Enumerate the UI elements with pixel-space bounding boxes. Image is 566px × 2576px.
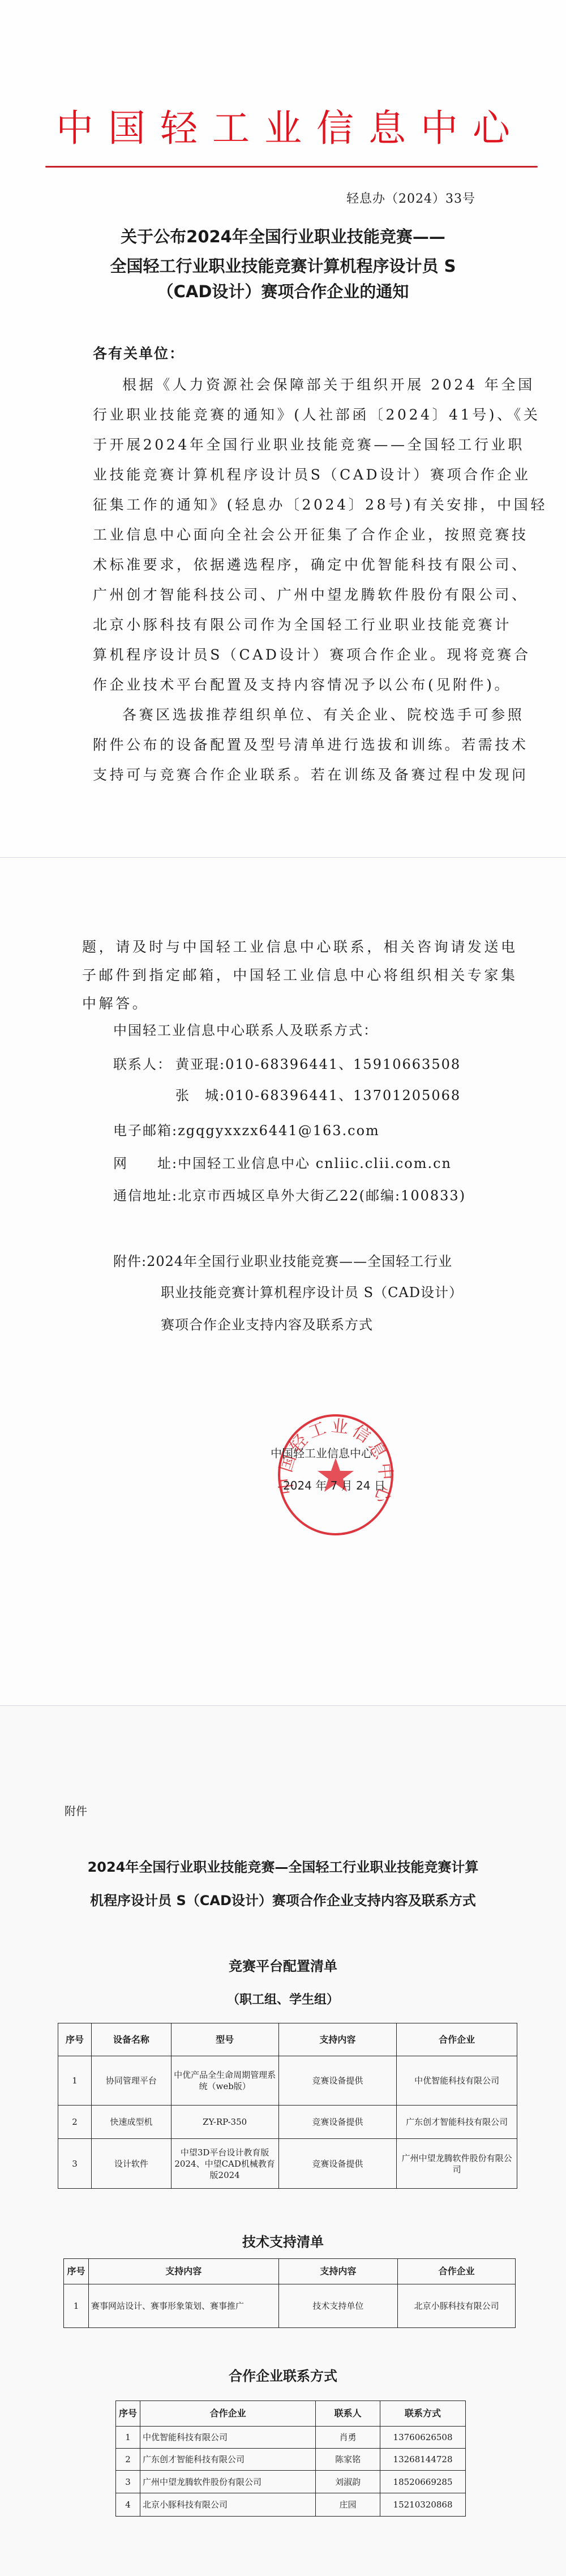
body-line: 算机程序设计员S（CAD设计）赛项合作企业。现将竞赛合	[93, 645, 531, 665]
platform-config-table: 序号 设备名称 型号 支持内容 合作企业 1 协同管理平台 中优产品全生命周期管…	[58, 2023, 517, 2189]
cell-company: 广东创才智能科技有限公司	[397, 2106, 517, 2139]
cell-support-content: 赛事网站设计、赛事形象策划、赛事推广	[88, 2284, 278, 2328]
cell-support-role: 技术支持单位	[278, 2284, 398, 2328]
contact-address: 通信地址:北京市西城区阜外大街乙22(邮编:100833)	[113, 1186, 466, 1205]
col-header: 联系方式	[380, 2401, 466, 2427]
body-line: 术标准要求，依据遴选程序，确定中优智能科技有限公司、	[93, 555, 529, 575]
cell-support: 竞赛设备提供	[278, 2106, 397, 2139]
page-divider	[0, 857, 566, 858]
cell-model: 中优产品全生命周期管理系统（web版）	[171, 2056, 278, 2106]
cell-index: 1	[116, 2427, 140, 2449]
cell-company: 广州中望龙腾软件股份有限公司	[140, 2471, 315, 2493]
letterhead-org-name: 中国轻工业信息中心	[0, 109, 566, 148]
contact-person-2: 张 城:010-68396441、13701205068	[175, 1086, 461, 1105]
cell-phone: 18520669285	[380, 2471, 466, 2493]
cell-model: ZY-RP-350	[171, 2106, 278, 2139]
notice-title-line-3: （CAD设计）赛项合作企业的通知	[0, 282, 566, 301]
col-header: 合作企业	[397, 2023, 517, 2056]
table-row: 3 广州中望龙腾软件股份有限公司 刘淑韵 18520669285	[116, 2471, 466, 2493]
company-contact-table: 序号 合作企业 联系人 联系方式 1 中优智能科技有限公司 肖勇 1376062…	[115, 2400, 466, 2517]
body-line: 根据《人力资源社会保障部关于组织开展 2024 年全国	[122, 375, 535, 395]
body-line: 广州创才智能科技公司、广州中望龙腾软件股份有限公司、	[93, 585, 529, 605]
body-line: 中解答。	[82, 994, 149, 1013]
col-header: 支持内容	[278, 2259, 398, 2284]
cell-index: 2	[58, 2106, 92, 2139]
attachment-note-line: 职业技能竞赛计算机程序设计员 S（CAD设计）	[161, 1283, 463, 1302]
col-header: 序号	[64, 2259, 89, 2284]
cell-contact-person: 庄园	[316, 2493, 380, 2517]
official-seal-icon: 中国轻工业信息中心	[277, 1414, 394, 1536]
body-line: 子邮件到指定邮箱，中国轻工业信息中心将组织相关专家集	[82, 966, 518, 985]
cell-phone: 13268144728	[380, 2449, 466, 2471]
table-row: 1 赛事网站设计、赛事形象策划、赛事推广 技术支持单位 北京小豚科技有限公司	[64, 2284, 516, 2328]
cell-index: 1	[58, 2056, 92, 2106]
cell-company: 北京小豚科技有限公司	[140, 2493, 315, 2517]
notice-title-line-1: 关于公布2024年全国行业职业技能竞赛——	[0, 227, 566, 246]
col-header: 型号	[171, 2023, 278, 2056]
contact-label: 联系人：	[113, 1055, 172, 1074]
table-header-row: 序号 支持内容 支持内容 合作企业	[64, 2259, 516, 2284]
table-row: 1 中优智能科技有限公司 肖勇 13760626508	[116, 2427, 466, 2449]
cell-company: 广东创才智能科技有限公司	[140, 2449, 315, 2471]
signature-date: 2024 年 7 月 24 日	[283, 1479, 385, 1492]
page-divider	[0, 1705, 566, 1706]
cell-support: 竞赛设备提供	[278, 2139, 397, 2189]
contact-website[interactable]: 网 址:中国轻工业信息中心 cnliic.clii.com.cn	[113, 1154, 452, 1173]
attachment-note-line: 附件:2024年全国行业职业技能竞赛——全国轻工行业	[113, 1252, 452, 1271]
cell-support: 竞赛设备提供	[278, 2056, 397, 2106]
attachment-note-line: 赛项合作企业支持内容及联系方式	[161, 1315, 373, 1334]
cell-contact-person: 刘淑韵	[316, 2471, 380, 2493]
cell-index: 4	[116, 2493, 140, 2517]
cell-device-name: 设计软件	[91, 2139, 171, 2189]
table-row: 2 快速成型机 ZY-RP-350 竞赛设备提供 广东创才智能科技有限公司	[58, 2106, 517, 2139]
body-line: 题，请及时与中国轻工业信息中心联系，相关咨询请发送电	[82, 938, 518, 957]
col-header: 合作企业	[140, 2401, 315, 2427]
attachment-title-line-1: 2024年全国行业职业技能竞赛—全国轻工行业职业技能竞赛计算	[0, 1859, 566, 1876]
col-header: 合作企业	[398, 2259, 516, 2284]
col-header: 序号	[58, 2023, 92, 2056]
body-line: 附件公布的设备配置及型号清单进行选拔和训练。若需技术	[93, 735, 529, 755]
tech-support-table-title: 技术支持清单	[0, 2233, 566, 2250]
table-header-row: 序号 设备名称 型号 支持内容 合作企业	[58, 2023, 517, 2056]
contact-email[interactable]: 电子邮箱:zgqgyxxzx6441@163.com	[113, 1121, 380, 1140]
body-line: 于开展2024年全国行业职业技能竞赛——全国轻工行业职	[93, 435, 525, 455]
body-line: 支持可与竞赛合作企业联系。若在训练及备赛过程中发现问	[93, 765, 529, 785]
body-line: 作企业技术平台配置及支持内容情况予以公布(见附件)。	[93, 675, 511, 695]
cell-phone: 13760626508	[380, 2427, 466, 2449]
table-header-row: 序号 合作企业 联系人 联系方式	[116, 2401, 466, 2427]
body-line: 征集工作的通知》(轻息办〔2024〕28号)有关安排，中国轻	[93, 495, 547, 515]
contact-heading: 中国轻工业信息中心联系人及联系方式：	[113, 1021, 378, 1040]
cell-company: 中优智能科技有限公司	[140, 2427, 315, 2449]
col-header: 支持内容	[88, 2259, 278, 2284]
body-line: 行业职业技能竞赛的通知》(人社部函〔2024〕41号)、《关	[93, 405, 540, 425]
cell-index: 2	[116, 2449, 140, 2471]
body-line: 各赛区选拔推荐组织单位、有关企业、院校选手可参照	[122, 705, 524, 725]
contact-table-title: 合作企业联系方式	[0, 2368, 566, 2385]
body-line: 业技能竞赛计算机程序设计员S（CAD设计）赛项合作企业	[93, 465, 531, 485]
cell-company: 广州中望龙腾软件股份有限公司	[397, 2139, 517, 2189]
notice-title-line-2: 全国轻工行业职业技能竞赛计算机程序设计员 S	[0, 256, 566, 276]
cell-index: 1	[64, 2284, 89, 2328]
signature-org: 中国轻工业信息中心	[271, 1447, 372, 1460]
cell-device-name: 协同管理平台	[91, 2056, 171, 2106]
table-row: 4 北京小豚科技有限公司 庄园 15210320868	[116, 2493, 466, 2517]
salutation: 各有关单位：	[93, 344, 185, 363]
platform-table-subtitle: （职工组、学生组）	[0, 1992, 566, 2008]
cell-index: 3	[58, 2139, 92, 2189]
table-row: 2 广东创才智能科技有限公司 陈家铭 13268144728	[116, 2449, 466, 2471]
cell-company: 中优智能科技有限公司	[397, 2056, 517, 2106]
cell-device-name: 快速成型机	[91, 2106, 171, 2139]
attachment-label: 附件	[65, 1802, 87, 1818]
body-line: 北京小豚科技有限公司作为全国轻工行业职业技能竞赛计	[93, 615, 512, 635]
table-row: 1 协同管理平台 中优产品全生命周期管理系统（web版） 竞赛设备提供 中优智能…	[58, 2056, 517, 2106]
body-line: 工业信息中心面向全社会公开征集了合作企业，按照竞赛技	[93, 525, 529, 545]
col-header: 联系人	[316, 2401, 380, 2427]
attachment-title-line-2: 机程序设计员 S（CAD设计）赛项合作企业支持内容及联系方式	[0, 1892, 566, 1909]
contact-person-1: 黄亚琨:010-68396441、15910663508	[175, 1055, 461, 1074]
table-row: 3 设计软件 中望3D平台设计教育版2024、中望CAD机械教育版2024 竞赛…	[58, 2139, 517, 2189]
cell-contact-person: 肖勇	[316, 2427, 380, 2449]
cell-model: 中望3D平台设计教育版2024、中望CAD机械教育版2024	[171, 2139, 278, 2189]
cell-phone: 15210320868	[380, 2493, 466, 2517]
document-number: 轻息办（2024）33号	[346, 189, 475, 207]
tech-support-table: 序号 支持内容 支持内容 合作企业 1 赛事网站设计、赛事形象策划、赛事推广 技…	[63, 2258, 516, 2328]
col-header: 支持内容	[278, 2023, 397, 2056]
letterhead-red-rule	[45, 166, 538, 168]
platform-table-title: 竞赛平台配置清单	[0, 1958, 566, 1975]
col-header: 设备名称	[91, 2023, 171, 2056]
cell-contact-person: 陈家铭	[316, 2449, 380, 2471]
cell-index: 3	[116, 2471, 140, 2493]
cell-company: 北京小豚科技有限公司	[398, 2284, 516, 2328]
col-header: 序号	[116, 2401, 140, 2427]
